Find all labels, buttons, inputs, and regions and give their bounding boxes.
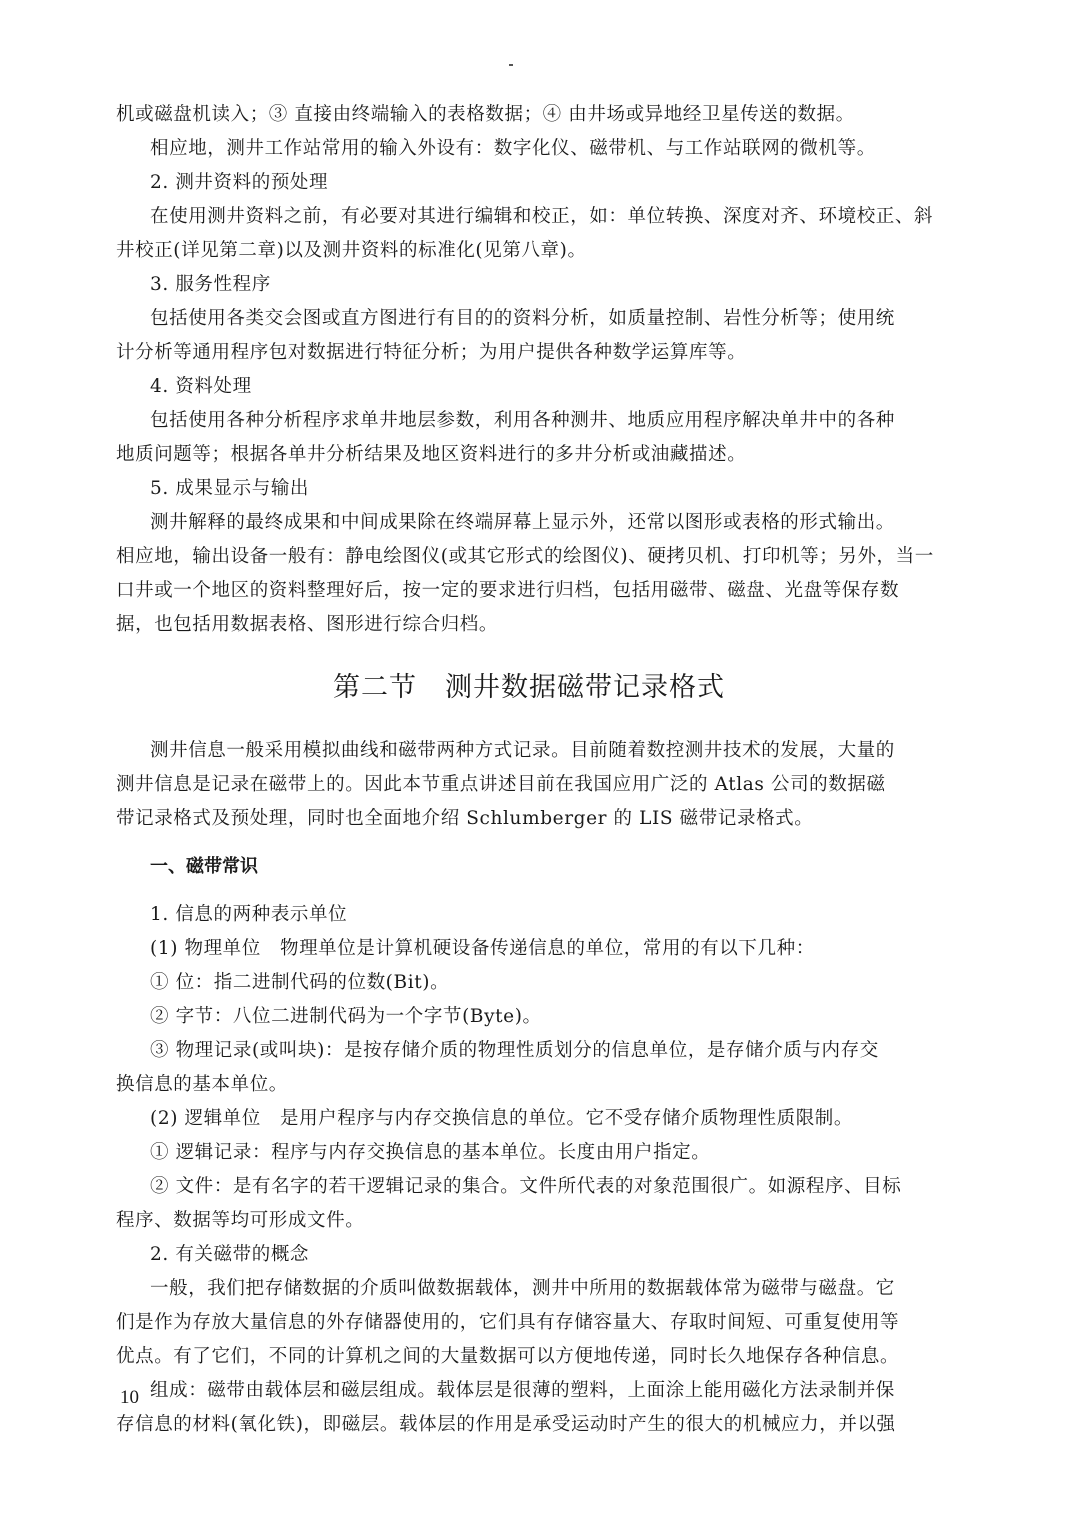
text-line: 4. 资料处理 — [116, 370, 942, 404]
page-body: 机或磁盘机读入；③ 直接由终端输入的表格数据；④ 由井场或异地经卫星传送的数据。… — [116, 98, 942, 1442]
text-line: 5. 成果显示与输出 — [116, 472, 942, 506]
text-line: 2. 有关磁带的概念 — [116, 1238, 942, 1272]
text-line: ② 文件：是有名字的若干逻辑记录的集合。文件所代表的对象范围很广。如源程序、目标 — [116, 1170, 942, 1204]
text-line: 一般，我们把存储数据的介质叫做数据载体，测井中所用的数据载体常为磁带与磁盘。它 — [116, 1272, 942, 1306]
text-line: 包括使用各类交会图或直方图进行有目的的资料分析，如质量控制、岩性分析等；使用统 — [116, 302, 942, 336]
text-line: ① 逻辑记录：程序与内存交换信息的基本单位。长度由用户指定。 — [116, 1136, 942, 1170]
text-line: 地质问题等；根据各单井分析结果及地区资料进行的多井分析或油藏描述。 — [116, 438, 942, 472]
text-line: 井校正(详见第二章)以及测井资料的标准化(见第八章)。 — [116, 234, 942, 268]
text-line: 3. 服务性程序 — [116, 268, 942, 302]
text-line: 带记录格式及预处理，同时也全面地介绍 Schlumberger 的 LIS 磁带… — [116, 802, 942, 836]
text-line: 测井解释的最终成果和中间成果除在终端屏幕上显示外，还常以图形或表格的形式输出。 — [116, 506, 942, 540]
text-line: 1. 信息的两种表示单位 — [116, 898, 942, 932]
text-line: 组成：磁带由载体层和磁层组成。载体层是很薄的塑料，上面涂上能用磁化方法录制并保 — [116, 1374, 942, 1408]
paragraph-group-section: 测井信息一般采用模拟曲线和磁带两种方式记录。目前随着数控测井技术的发展，大量的测… — [116, 734, 942, 836]
text-line: 换信息的基本单位。 — [116, 1068, 942, 1102]
subheading: 一、磁带常识 — [116, 850, 942, 884]
text-line: (2) 逻辑单位 是用户程序与内存交换信息的单位。它不受存储介质物理性质限制。 — [116, 1102, 942, 1136]
text-line: 在使用测井资料之前，有必要对其进行编辑和校正，如：单位转换、深度对齐、环境校正、… — [116, 200, 942, 234]
text-line: 测井信息一般采用模拟曲线和磁带两种方式记录。目前随着数控测井技术的发展，大量的 — [116, 734, 942, 768]
text-line: 相应地，输出设备一般有：静电绘图仪(或其它形式的绘图仪)、硬拷贝机、打印机等；另… — [116, 540, 942, 574]
text-line: 相应地，测井工作站常用的输入外设有：数字化仪、磁带机、与工作站联网的微机等。 — [116, 132, 942, 166]
scan-mark — [509, 64, 513, 66]
text-line: 优点。有了它们，不同的计算机之间的大量数据可以方便地传递，同时长久地保存各种信息… — [116, 1340, 942, 1374]
paragraph-group-intro: 机或磁盘机读入；③ 直接由终端输入的表格数据；④ 由井场或异地经卫星传送的数据。… — [116, 98, 942, 642]
text-line: ② 字节：八位二进制代码为一个字节(Byte)。 — [116, 1000, 942, 1034]
text-line: 存信息的材料(氧化铁)，即磁层。载体层的作用是承受运动时产生的很大的机械应力，并… — [116, 1408, 942, 1442]
text-line: 们是作为存放大量信息的外存储器使用的，它们具有存储容量大、存取时间短、可重复使用… — [116, 1306, 942, 1340]
text-line: (1) 物理单位 物理单位是计算机硬设备传递信息的单位，常用的有以下几种： — [116, 932, 942, 966]
text-line: 测井信息是记录在磁带上的。因此本节重点讲述目前在我国应用广泛的 Atlas 公司… — [116, 768, 942, 802]
text-line: 口井或一个地区的资料整理好后，按一定的要求进行归档，包括用磁带、磁盘、光盘等保存… — [116, 574, 942, 608]
text-line: ③ 物理记录(或叫块)：是按存储介质的物理性质划分的信息单位，是存储介质与内存交 — [116, 1034, 942, 1068]
text-line: 程序、数据等均可形成文件。 — [116, 1204, 942, 1238]
text-line: 据，也包括用数据表格、图形进行综合归档。 — [116, 608, 942, 642]
text-line: ① 位：指二进制代码的位数(Bit)。 — [116, 966, 942, 1000]
page-number: 10 — [120, 1387, 139, 1409]
paragraph-group-tape-basics: 1. 信息的两种表示单位(1) 物理单位 物理单位是计算机硬设备传递信息的单位，… — [116, 898, 942, 1442]
section-title: 第二节 测井数据磁带记录格式 — [116, 658, 942, 718]
text-line: 包括使用各种分析程序求单井地层参数，利用各种测井、地质应用程序解决单井中的各种 — [116, 404, 942, 438]
text-line: 计分析等通用程序包对数据进行特征分析；为用户提供各种数学运算库等。 — [116, 336, 942, 370]
text-line: 2. 测井资料的预处理 — [116, 166, 942, 200]
text-line: 机或磁盘机读入；③ 直接由终端输入的表格数据；④ 由井场或异地经卫星传送的数据。 — [116, 98, 942, 132]
